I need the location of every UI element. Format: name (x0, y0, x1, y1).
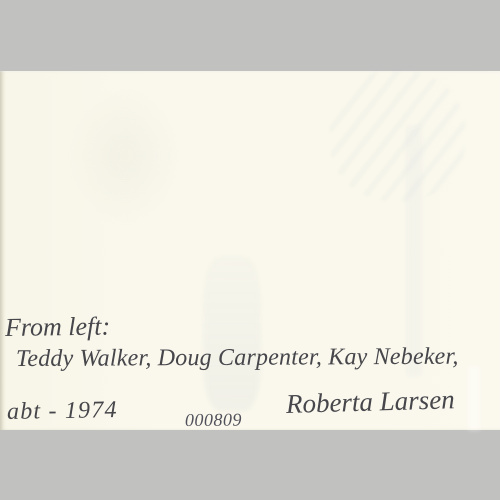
id-number: 000809 (185, 411, 242, 431)
paper-watermark-smudge (330, 71, 465, 201)
photo-paper: From left: Teddy Walker, Doug Carpenter,… (0, 71, 500, 430)
caption-line-roberta-larsen: Roberta Larsen (286, 385, 456, 419)
paper-watermark-smudge (203, 256, 261, 411)
paper-watermark-smudge (68, 86, 183, 226)
caption-line-from-left: From left: (5, 313, 111, 343)
date-note: abt - 1974 (7, 397, 118, 425)
paper-scan-streak (468, 366, 480, 430)
scanned-photo-back: From left: Teddy Walker, Doug Carpenter,… (0, 0, 500, 500)
paper-scan-streak (406, 126, 422, 376)
caption-line-names: Teddy Walker, Doug Carpenter, Kay Nebeke… (16, 344, 459, 373)
